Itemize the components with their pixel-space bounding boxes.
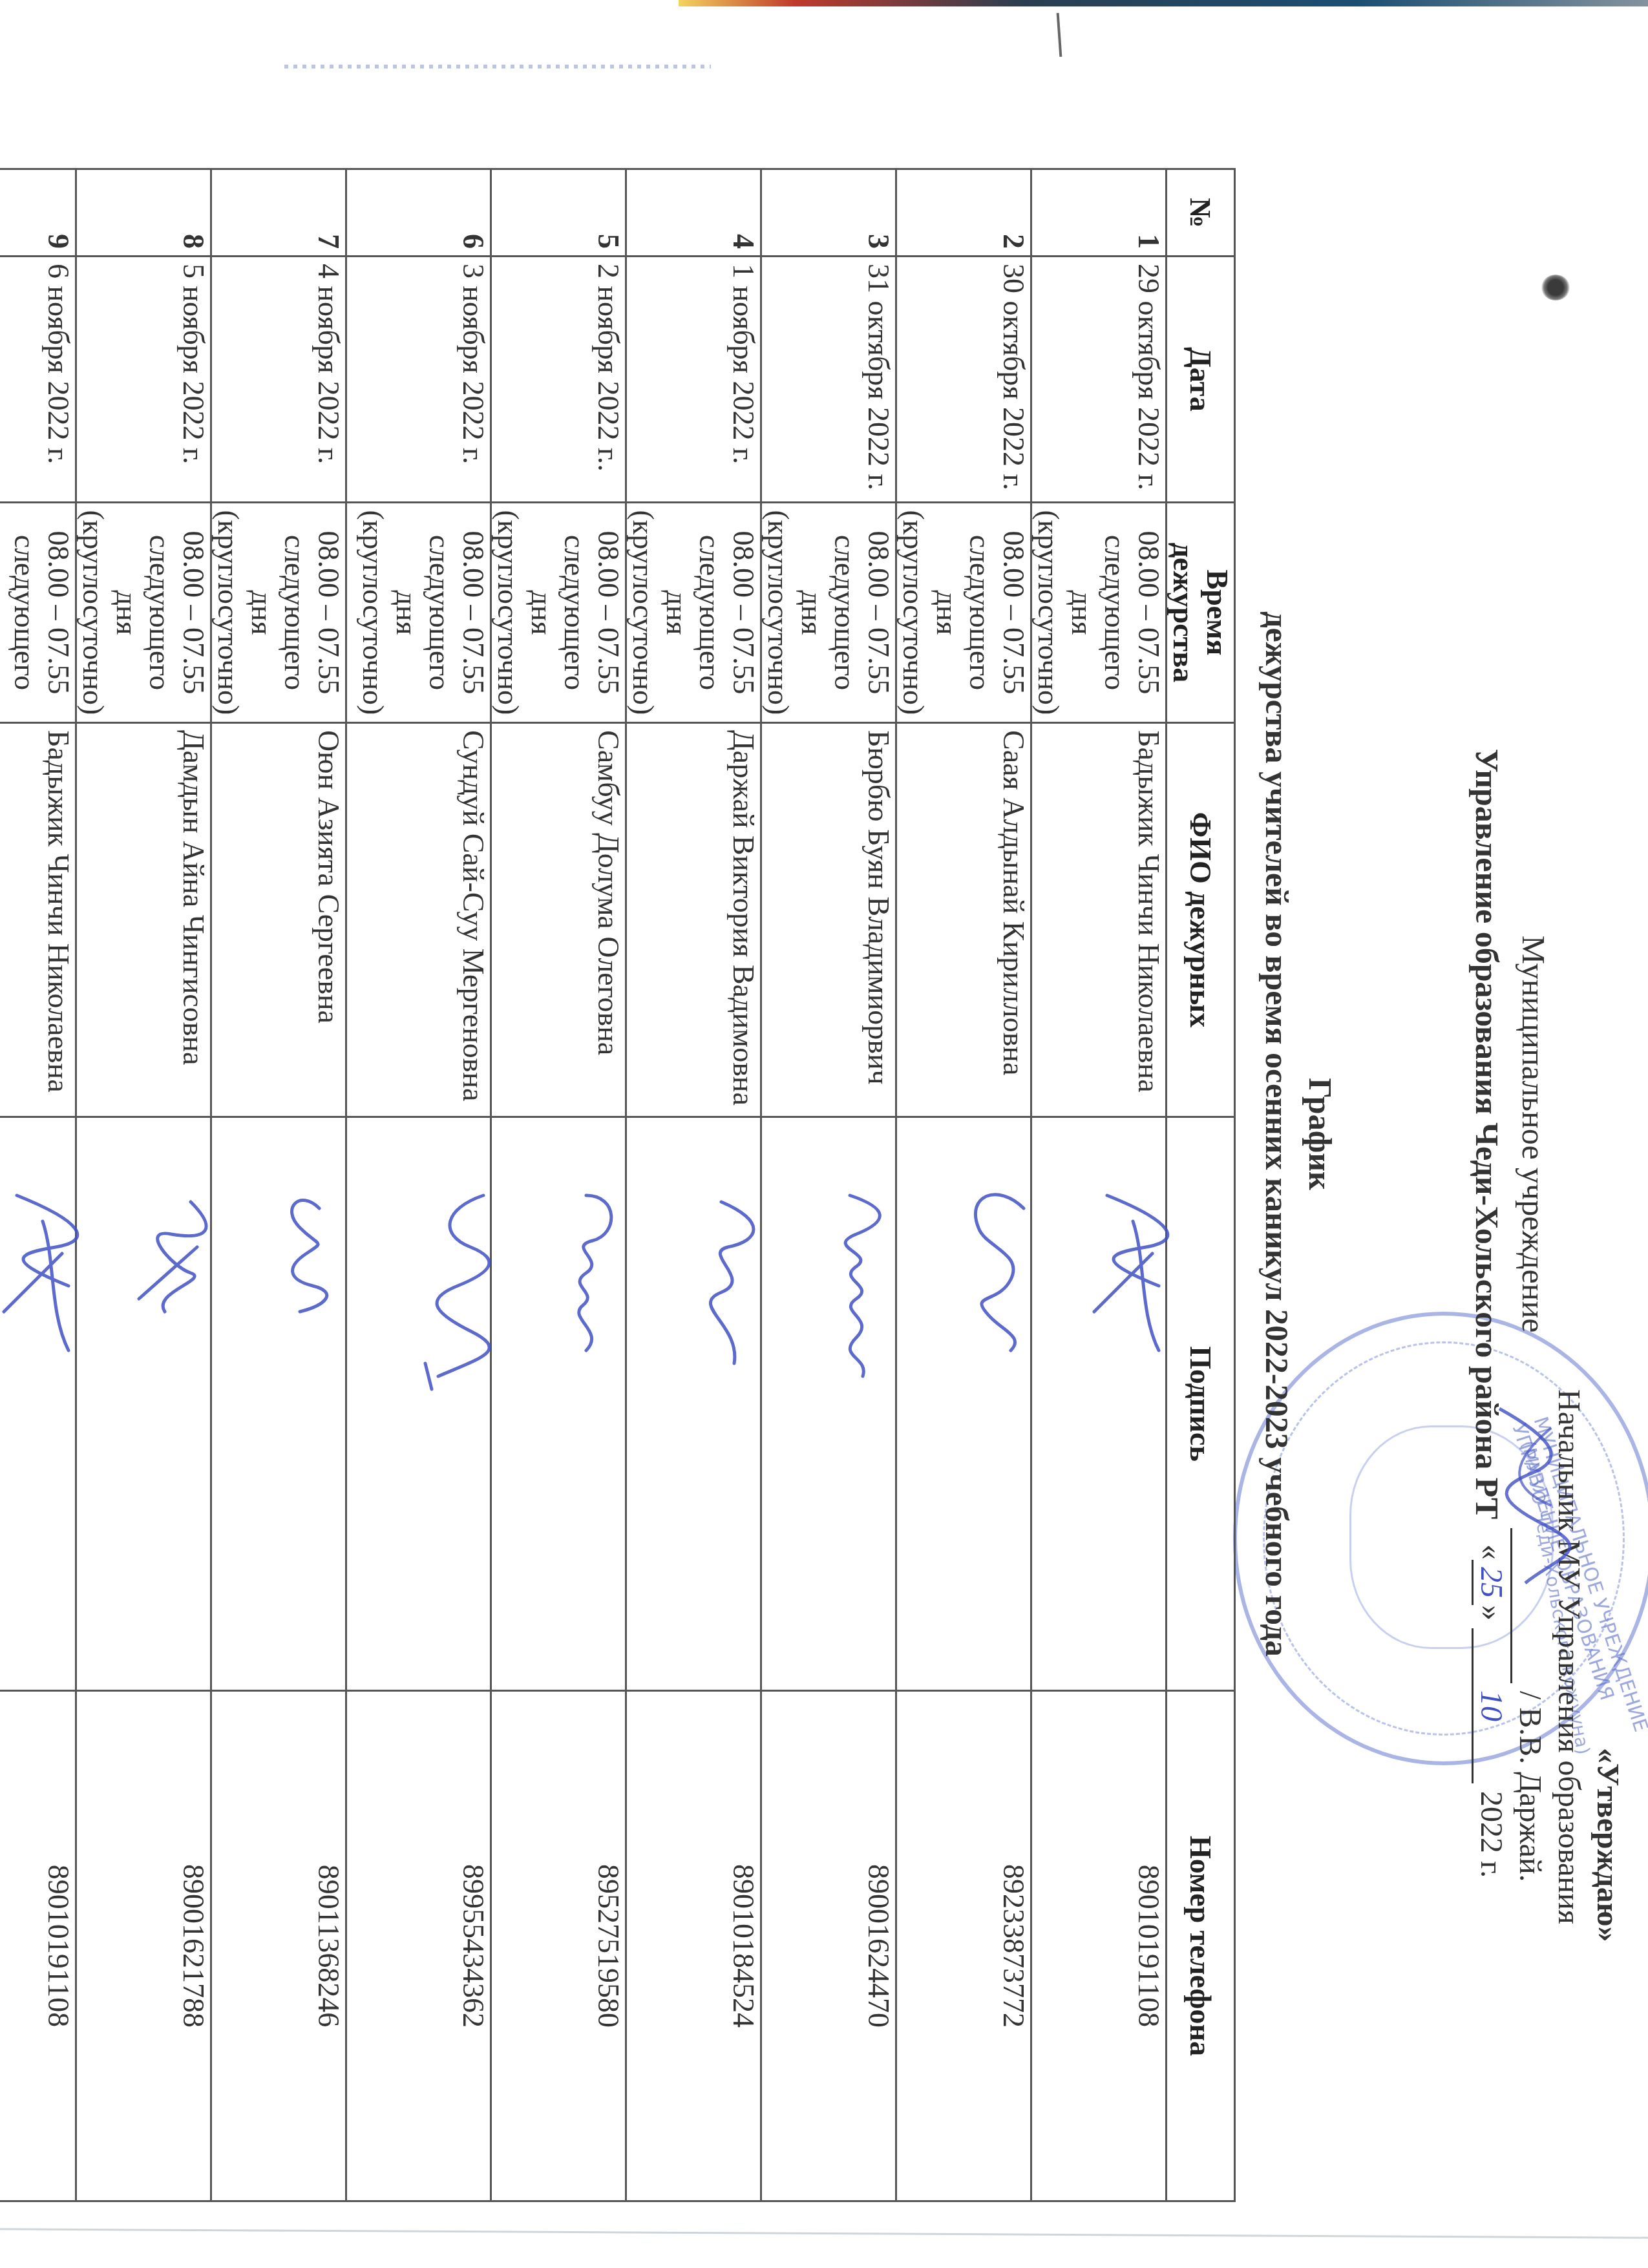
row-duty-time: 08.00 – 07.55 следующего дня (круглосуто…	[76, 503, 211, 723]
row-signature	[76, 1117, 211, 1691]
handwritten-signature	[676, 1182, 779, 1402]
row-phone: 89527519580	[491, 1691, 626, 2201]
row-teacher-name: Оюн Азията Сергеевна	[211, 723, 346, 1117]
duty-time-next-day: следующего дня	[0, 510, 41, 715]
row-date: 1 ноября 2022 г.	[626, 257, 761, 503]
duty-schedule-table: № Дата Время дежурства ФИО дежурных Подп…	[0, 168, 1236, 2202]
row-phone: 89233873772	[896, 1691, 1031, 2201]
table-row: 9 6 ноября 2022 г. 08.00 – 07.55 следующ…	[0, 169, 76, 2201]
duty-time-range: 08.00 – 07.55	[861, 510, 895, 715]
duty-time-next-day: следующего дня	[930, 510, 997, 715]
row-signature	[896, 1117, 1031, 1691]
row-phone: 89010191108	[0, 1691, 76, 2201]
row-teacher-name: Саая Алдынай Кирилловна	[896, 723, 1031, 1117]
row-phone: 89010184524	[626, 1691, 761, 2201]
row-phone: 89011368246	[211, 1691, 346, 2201]
table-row: 5 2 ноября 2022 г.. 08.00 – 07.55 следую…	[491, 169, 626, 2201]
row-duty-time: 08.00 – 07.55 следующего дня (круглосуто…	[211, 503, 346, 723]
rotated-document-page: МУНИЦИПАЛЬНОЕ УЧРЕЖДЕНИЕ УПРАВЛЕНИЕ ОБРА…	[0, 0, 1648, 2268]
table-row: 1 29 октября 2022 г. 08.00 – 07.55 следу…	[1031, 169, 1166, 2201]
row-duty-time: 08.00 – 07.55 следующего дня (круглосуто…	[0, 503, 76, 723]
row-signature	[211, 1117, 346, 1691]
duty-time-round-clock: (круглосуточно)	[627, 510, 660, 715]
row-date: 29 октября 2022 г.	[1031, 257, 1166, 503]
row-date: 31 октября 2022 г.	[761, 257, 896, 503]
organization-line-2: Управление образования Чеди-Хольского ра…	[1468, 0, 1506, 2268]
row-number: 4	[626, 169, 761, 257]
duty-time-round-clock: (круглосуточно)	[212, 510, 246, 715]
duty-time-next-day: следующего дня	[245, 510, 312, 715]
row-signature	[761, 1117, 896, 1691]
document-title: График	[1302, 0, 1339, 2268]
row-phone: 89010191108	[1031, 1691, 1166, 2201]
row-signature	[491, 1117, 626, 1691]
document-subtitle: дежурства учителей во время осенних кани…	[1258, 0, 1296, 2268]
row-teacher-name: Бадыжик Чинчи Николаевна	[0, 723, 76, 1117]
duty-time-range: 08.00 – 07.55	[1132, 510, 1165, 715]
duty-time-round-clock: (круглосуточно)	[762, 510, 796, 715]
header-date: Дата	[1166, 257, 1234, 503]
approval-label: «Утверждаю»	[1590, 1748, 1625, 1942]
duty-time-next-day: следующего дня	[660, 510, 726, 715]
row-phone: 89001624470	[761, 1691, 896, 2201]
row-date: 2 ноября 2022 г..	[491, 257, 626, 503]
row-number: 1	[1031, 169, 1166, 257]
organization-line-1: Муниципальное учреждение	[1515, 0, 1552, 2268]
row-teacher-name: Даржай Виктория Вадимовна	[626, 723, 761, 1117]
row-number: 3	[761, 169, 896, 257]
row-duty-time: 08.00 – 07.55 следующего дня (круглосуто…	[896, 503, 1031, 723]
table-row: 6 3 ноября 2022 г. 08.00 – 07.55 следующ…	[346, 169, 491, 2201]
handwritten-signature	[811, 1182, 914, 1402]
duty-time-range: 08.00 – 07.55	[726, 510, 760, 715]
row-date: 4 ноября 2022 г.	[211, 257, 346, 503]
row-signature	[346, 1117, 491, 1691]
row-phone: 89001621788	[76, 1691, 211, 2201]
table-row: 8 5 ноября 2022 г. 08.00 – 07.55 следующ…	[76, 169, 211, 2201]
duty-time-range: 08.00 – 07.55	[456, 510, 490, 715]
row-number: 7	[211, 169, 346, 257]
duty-time-round-clock: (круглосуточно)	[492, 510, 525, 715]
header-name: ФИО дежурных	[1166, 723, 1234, 1117]
row-number: 9	[0, 169, 76, 257]
header-time: Время дежурства	[1166, 503, 1234, 723]
row-teacher-name: Бадыжик Чинчи Николаевна	[1031, 723, 1166, 1117]
table-row: 2 30 октября 2022 г. 08.00 – 07.55 следу…	[896, 169, 1031, 2201]
duty-time-round-clock: (круглосуточно)	[897, 510, 931, 715]
duty-time-round-clock: (круглосуточно)	[77, 510, 111, 715]
duty-time-range: 08.00 – 07.55	[41, 510, 75, 715]
duty-time-round-clock: (круглосуточно)	[357, 510, 390, 715]
duty-time-range: 08.00 – 07.55	[997, 510, 1030, 715]
handwritten-signature	[1081, 1182, 1185, 1402]
row-teacher-name: Сундуй Сай-Суу Мергеновна	[346, 723, 491, 1117]
header-number: №	[1166, 169, 1234, 257]
duty-time-next-day: следующего дня	[795, 510, 861, 715]
row-duty-time: 08.00 – 07.55 следующего дня (круглосуто…	[346, 503, 491, 723]
row-duty-time: 08.00 – 07.55 следующего дня (круглосуто…	[1031, 503, 1166, 723]
handwritten-signature	[126, 1182, 229, 1402]
row-teacher-name: Дамдын Айна Чингисовна	[76, 723, 211, 1117]
row-signature	[1031, 1117, 1166, 1691]
table-row: 7 4 ноября 2022 г. 08.00 – 07.55 следующ…	[211, 169, 346, 2201]
handwritten-signature	[946, 1182, 1050, 1402]
row-number: 2	[896, 169, 1031, 257]
header-phone: Номер телефона	[1166, 1691, 1234, 2201]
duty-time-range: 08.00 – 07.55	[176, 510, 210, 715]
row-signature	[626, 1117, 761, 1691]
row-number: 5	[491, 169, 626, 257]
row-duty-time: 08.00 – 07.55 следующего дня (круглосуто…	[491, 503, 626, 723]
duty-time-next-day: следующего дня	[525, 510, 591, 715]
row-teacher-name: Бюрбю Буян Владимиорвич	[761, 723, 896, 1117]
handwritten-signature	[261, 1182, 364, 1402]
table-row: 4 1 ноября 2022 г. 08.00 – 07.55 следующ…	[626, 169, 761, 2201]
duty-time-next-day: следующего дня	[390, 510, 456, 715]
row-teacher-name: Самбуу Долума Олеговна	[491, 723, 626, 1117]
row-signature	[0, 1117, 76, 1691]
handwritten-signature	[406, 1182, 509, 1402]
row-number: 6	[346, 169, 491, 257]
row-date: 3 ноября 2022 г.	[346, 257, 491, 503]
row-duty-time: 08.00 – 07.55 следующего дня (круглосуто…	[626, 503, 761, 723]
table-row: 3 31 октября 2022 г. 08.00 – 07.55 следу…	[761, 169, 896, 2201]
duty-time-round-clock: (круглосуточно)	[1032, 510, 1066, 715]
row-date: 5 ноября 2022 г.	[76, 257, 211, 503]
row-duty-time: 08.00 – 07.55 следующего дня (круглосуто…	[761, 503, 896, 723]
duty-time-next-day: следующего дня	[1065, 510, 1132, 715]
row-phone: 89955434362	[346, 1691, 491, 2201]
duty-time-next-day: следующего дня	[110, 510, 176, 715]
row-date: 6 ноября 2022 г.	[0, 257, 76, 503]
duty-time-range: 08.00 – 07.55	[312, 510, 345, 715]
row-number: 8	[76, 169, 211, 257]
handwritten-signature	[541, 1182, 644, 1402]
row-date: 30 октября 2022 г.	[896, 257, 1031, 503]
duty-time-range: 08.00 – 07.55	[591, 510, 625, 715]
handwritten-signature	[0, 1182, 94, 1402]
